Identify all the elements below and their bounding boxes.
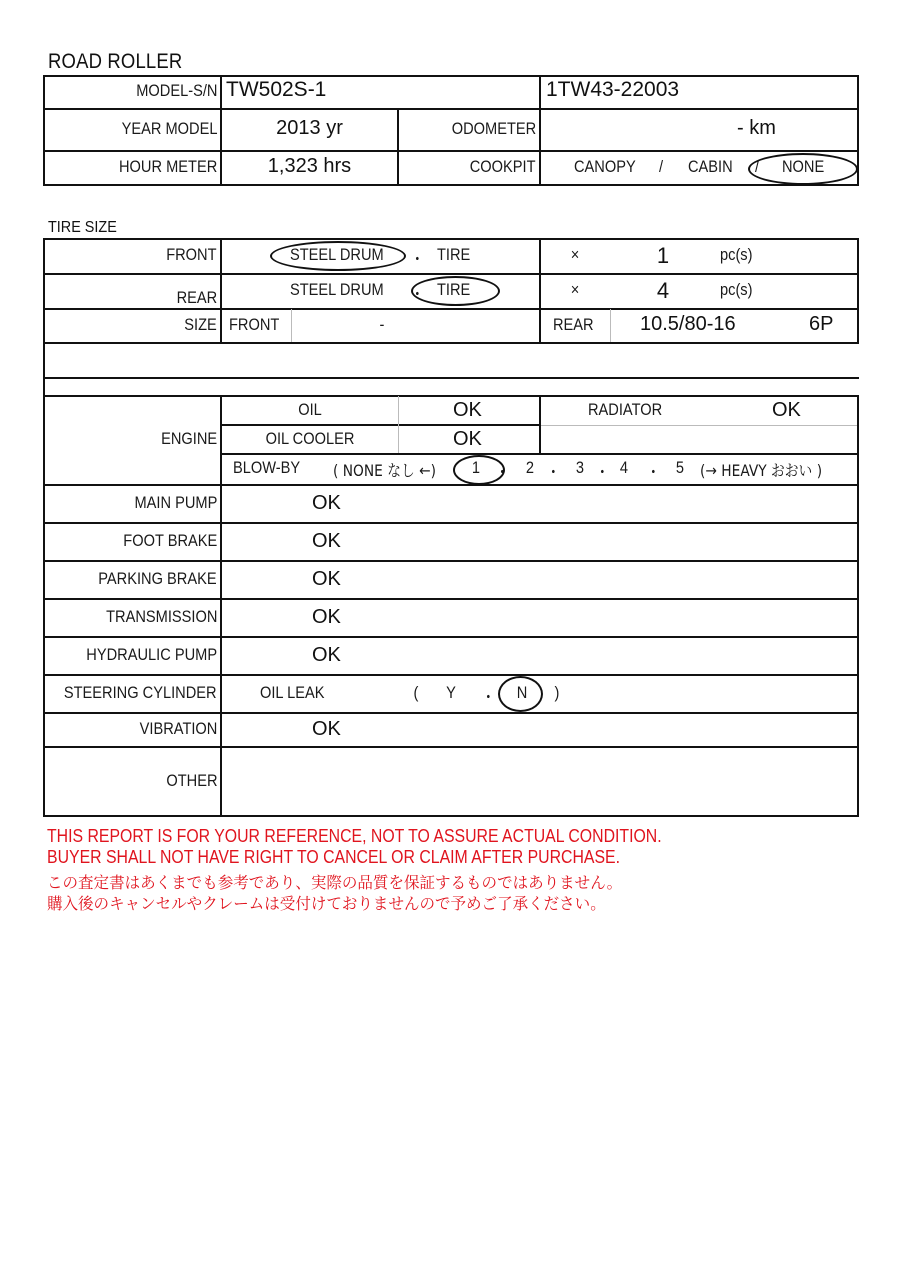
- tire-size-rear-label: REAR: [553, 315, 594, 335]
- oil-cooler-label: OIL COOLER: [234, 429, 385, 449]
- blowby-option-2: 2: [521, 458, 538, 478]
- tire-size-front-label: FRONT: [229, 315, 279, 335]
- table-border: [220, 424, 539, 426]
- blowby-separator: ・: [546, 458, 558, 483]
- table-border: [43, 712, 859, 714]
- main-pump-status: OK: [312, 492, 341, 515]
- tire-size-rear-value: 10.5/80-16: [640, 313, 736, 336]
- radiator-label: RADIATOR: [588, 400, 662, 420]
- table-border: [43, 395, 45, 817]
- hour-meter-value: 1,323 hrs: [222, 155, 397, 178]
- blowby-separator: ・: [595, 458, 607, 483]
- table-border: [857, 238, 859, 344]
- tire-rear-unit: pc(s): [720, 280, 752, 300]
- table-border: [43, 522, 859, 524]
- table-border: [857, 395, 859, 817]
- other-label: OTHER: [166, 771, 217, 791]
- table-border: [43, 636, 859, 638]
- oil-status: OK: [453, 399, 482, 422]
- serial-number-value: 1TW43-22003: [546, 78, 679, 102]
- radiator-status: OK: [772, 399, 801, 422]
- blowby-option-4: 4: [615, 458, 632, 478]
- table-border: [220, 238, 222, 344]
- table-border: [43, 377, 859, 379]
- blowby-label: BLOW-BY: [233, 458, 300, 478]
- blowby-heavy-label: (→ HEAVY おおい ): [700, 458, 822, 481]
- table-border: [43, 395, 859, 397]
- disclaimer-line: この査定書はあくまでも参考であり、実際の品質を保証するものではありません。: [47, 870, 622, 893]
- table-border: [43, 815, 859, 817]
- table-border: [43, 75, 859, 77]
- table-border: [43, 342, 859, 344]
- tire-rear-times: ×: [562, 280, 588, 300]
- oil-leak-selected-circle: [498, 676, 543, 712]
- table-border: [539, 395, 541, 455]
- tire-rear-quantity: 4: [645, 278, 681, 304]
- tire-size-rear-ply: 6P: [809, 313, 833, 336]
- table-border: [43, 273, 859, 275]
- odometer-value: - km: [737, 117, 776, 140]
- transmission-status: OK: [312, 606, 341, 629]
- table-border: [43, 238, 45, 344]
- foot-brake-status: OK: [312, 530, 341, 553]
- table-border: [539, 75, 541, 186]
- year-model-value: 2013 yr: [222, 117, 397, 140]
- cockpit-option-cabin: CABIN: [688, 157, 733, 177]
- blowby-selected-circle: [453, 455, 505, 485]
- table-border: [539, 425, 857, 426]
- table-border: [43, 184, 859, 186]
- table-border: [43, 484, 859, 486]
- oil-leak-close-paren: ): [550, 683, 564, 703]
- main-pump-label: MAIN PUMP: [134, 493, 217, 513]
- table-border: [43, 746, 859, 748]
- tire-front-unit: pc(s): [720, 245, 752, 265]
- document-title: ROAD ROLLER: [48, 50, 182, 74]
- hydraulic-pump-label: HYDRAULIC PUMP: [86, 645, 217, 665]
- tire-front-label: FRONT: [167, 245, 217, 265]
- tire-front-separator: ・: [410, 245, 425, 270]
- table-border: [43, 108, 859, 110]
- cockpit-selected-circle: [748, 153, 858, 185]
- cockpit-label: COOKPIT: [470, 157, 536, 177]
- table-border: [397, 108, 399, 186]
- table-border: [398, 396, 399, 453]
- vibration-status: OK: [312, 718, 341, 741]
- oil-leak-open-paren: (: [409, 683, 423, 703]
- oil-label: OIL: [234, 400, 385, 420]
- parking-brake-status: OK: [312, 568, 341, 591]
- oil-leak-separator: ・: [481, 683, 493, 708]
- odometer-label: ODOMETER: [452, 119, 536, 139]
- disclaimer-line: THIS REPORT IS FOR YOUR REFERENCE, NOT T…: [47, 826, 662, 847]
- table-border: [43, 308, 859, 310]
- table-border: [43, 238, 859, 240]
- tire-rear-option-steel-drum: STEEL DRUM: [290, 280, 384, 300]
- table-border: [291, 309, 292, 342]
- blowby-separator: ・: [646, 458, 658, 483]
- tire-rear-selected-circle: [411, 276, 500, 306]
- disclaimer-line: BUYER SHALL NOT HAVE RIGHT TO CANCEL OR …: [47, 847, 620, 868]
- table-border: [43, 150, 859, 152]
- table-border: [43, 75, 45, 186]
- tire-front-selected-circle: [270, 241, 406, 271]
- model-value: TW502S-1: [226, 78, 326, 102]
- hour-meter-label: HOUR METER: [119, 157, 217, 177]
- tire-front-times: ×: [562, 245, 588, 265]
- oil-cooler-status: OK: [453, 428, 482, 451]
- tire-size-heading: TIRE SIZE: [48, 219, 117, 237]
- tire-rear-label: REAR: [176, 288, 217, 308]
- table-border: [610, 309, 611, 342]
- hydraulic-pump-status: OK: [312, 644, 341, 667]
- transmission-label: TRANSMISSION: [106, 607, 217, 627]
- tire-front-quantity: 1: [645, 243, 681, 269]
- steering-cylinder-label: STEERING CYLINDER: [64, 683, 217, 703]
- table-border: [220, 395, 222, 817]
- foot-brake-label: FOOT BRAKE: [123, 531, 217, 551]
- blowby-none-label: ( NONE なし ←): [333, 458, 436, 481]
- table-border: [43, 674, 859, 676]
- blowby-option-3: 3: [571, 458, 588, 478]
- blowby-option-5: 5: [671, 458, 688, 478]
- tire-front-option-tire: TIRE: [437, 245, 470, 265]
- table-border: [539, 238, 541, 344]
- tire-size-label: SIZE: [184, 315, 217, 335]
- parking-brake-label: PARKING BRAKE: [99, 569, 217, 589]
- cockpit-option-canopy: CANOPY: [574, 157, 636, 177]
- oil-leak-option-yes: Y: [444, 683, 458, 703]
- tire-size-front-value: -: [305, 315, 460, 335]
- disclaimer-line: 購入後のキャンセルやクレームは受付けておりませんので予めご了承ください。: [47, 891, 606, 914]
- year-model-label: YEAR MODEL: [121, 119, 217, 139]
- model-sn-label: MODEL-S/N: [136, 81, 217, 101]
- table-border: [43, 560, 859, 562]
- cockpit-separator: /: [659, 157, 663, 177]
- oil-leak-label: OIL LEAK: [260, 683, 324, 703]
- vibration-label: VIBRATION: [139, 719, 217, 739]
- table-border: [43, 598, 859, 600]
- table-border: [43, 342, 45, 397]
- engine-label: ENGINE: [161, 429, 217, 449]
